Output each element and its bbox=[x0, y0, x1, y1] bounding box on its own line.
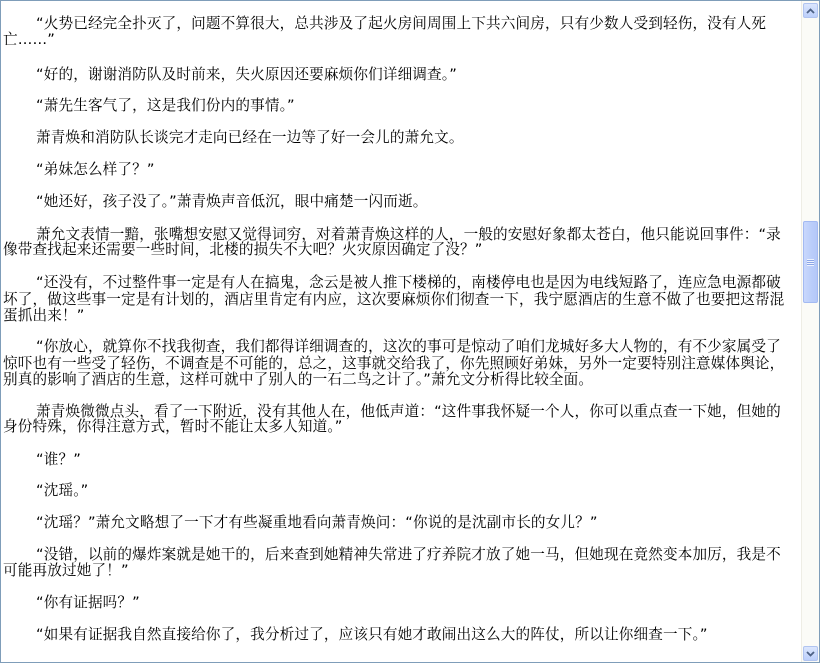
vertical-scrollbar[interactable] bbox=[801, 1, 819, 662]
paragraph-text: “沈瑶。” bbox=[36, 482, 88, 499]
paragraph-text: “沈瑶？”萧允文略想了一下才有些凝重地看向萧青焕问：“你说的是沈副市长的女儿？” bbox=[36, 514, 598, 531]
paragraph-text: “还没有，不过整件事一定是有人在搞鬼，念云是被人推下楼梯的，南楼停电也是因为电线… bbox=[3, 274, 784, 324]
paragraph: “没错，以前的爆炸案就是她干的，后来查到她精神失常进了疗养院才放了她一马，但她现… bbox=[3, 547, 791, 579]
document-content: “火势已经完全扑灭了，问题不算很大，总共涉及了起火房间周围上下共六间房，只有少数… bbox=[3, 1, 793, 662]
paragraph: “你有证据吗？” bbox=[3, 595, 791, 611]
paragraph: “你放心，就算你不找我彻查，我们都得详细调查的，这次的事可是惊动了咱们龙城好多大… bbox=[3, 339, 791, 389]
paragraph: 萧青焕微微点头，看了一下附近，没有其他人在，他低声道：“这件事我怀疑一个人，你可… bbox=[3, 404, 791, 434]
paragraph: “弟妹怎么样了？” bbox=[3, 162, 791, 178]
paragraph: “如果有证据我自然直接给你了，我分析过了，应该只有她才敢闹出这么大的阵仗，所以让… bbox=[3, 627, 791, 643]
paragraph: “沈瑶。” bbox=[3, 483, 791, 499]
paragraph-text: “你有证据吗？” bbox=[36, 594, 140, 611]
paragraph: “她还好，孩子没了。”萧青焕声音低沉，眼中痛楚一闪而逝。 bbox=[3, 194, 791, 210]
paragraph: “好的，谢谢消防队及时前来，失火原因还要麻烦你们详细调查。” bbox=[3, 67, 791, 83]
text-viewer-window: “火势已经完全扑灭了，问题不算很大，总共涉及了起火房间周围上下共六间房，只有少数… bbox=[0, 0, 820, 663]
paragraph: “火势已经完全扑灭了，问题不算很大，总共涉及了起火房间周围上下共六间房，只有少数… bbox=[3, 16, 791, 48]
paragraph-text: “谁？” bbox=[36, 451, 81, 468]
chevron-up-icon bbox=[806, 8, 815, 14]
paragraph-text: “如果有证据我自然直接给你了，我分析过了，应该只有她才敢闹出这么大的阵仗，所以让… bbox=[36, 626, 708, 643]
paragraph-text: “你放心，就算你不找我彻查，我们都得详细调查的，这次的事可是惊动了咱们龙城好多大… bbox=[3, 338, 784, 388]
chevron-down-icon bbox=[806, 651, 815, 657]
grip-icon bbox=[807, 259, 814, 266]
paragraph-text: “萧先生客气了，这是我们份内的事情。” bbox=[36, 97, 295, 114]
paragraph-text: “火势已经完全扑灭了，问题不算很大，总共涉及了起火房间周围上下共六间房，只有少数… bbox=[3, 15, 766, 48]
paragraph-text: 萧青焕微微点头，看了一下附近，没有其他人在，他低声道：“这件事我怀疑一个人，你可… bbox=[3, 403, 781, 435]
scroll-down-button[interactable] bbox=[803, 646, 818, 661]
paragraph: “还没有，不过整件事一定是有人在搞鬼，念云是被人推下楼梯的，南楼停电也是因为电线… bbox=[3, 275, 791, 325]
paragraph-text: “好的，谢谢消防队及时前来，失火原因还要麻烦你们详细调查。” bbox=[36, 66, 457, 83]
paragraph-text: “没错，以前的爆炸案就是她干的，后来查到她精神失常进了疗养院才放了她一马，但她现… bbox=[3, 546, 781, 579]
paragraph-text: 萧青焕和消防队长谈完才走向已经在一边等了好一会儿的萧允文。 bbox=[36, 129, 464, 146]
paragraph: 萧青焕和消防队长谈完才走向已经在一边等了好一会儿的萧允文。 bbox=[3, 130, 791, 146]
paragraph-text: “她还好，孩子没了。”萧青焕声音低沉，眼中痛楚一闪而逝。 bbox=[36, 193, 427, 210]
paragraph: “沈瑶？”萧允文略想了一下才有些凝重地看向萧青焕问：“你说的是沈副市长的女儿？” bbox=[3, 515, 791, 531]
paragraph: “萧先生客气了，这是我们份内的事情。” bbox=[3, 98, 791, 114]
scrollbar-thumb[interactable] bbox=[803, 221, 818, 303]
scroll-up-button[interactable] bbox=[803, 3, 818, 18]
paragraph-text: 萧允文表情一黯，张嘴想安慰又觉得词穷，对着萧青焕这样的人，一般的安慰好象都太苍白… bbox=[3, 226, 781, 258]
paragraph-text: “弟妹怎么样了？” bbox=[36, 161, 155, 178]
paragraph: “谁？” bbox=[3, 452, 791, 468]
paragraph: 萧允文表情一黯，张嘴想安慰又觉得词穷，对着萧青焕这样的人，一般的安慰好象都太苍白… bbox=[3, 227, 791, 257]
